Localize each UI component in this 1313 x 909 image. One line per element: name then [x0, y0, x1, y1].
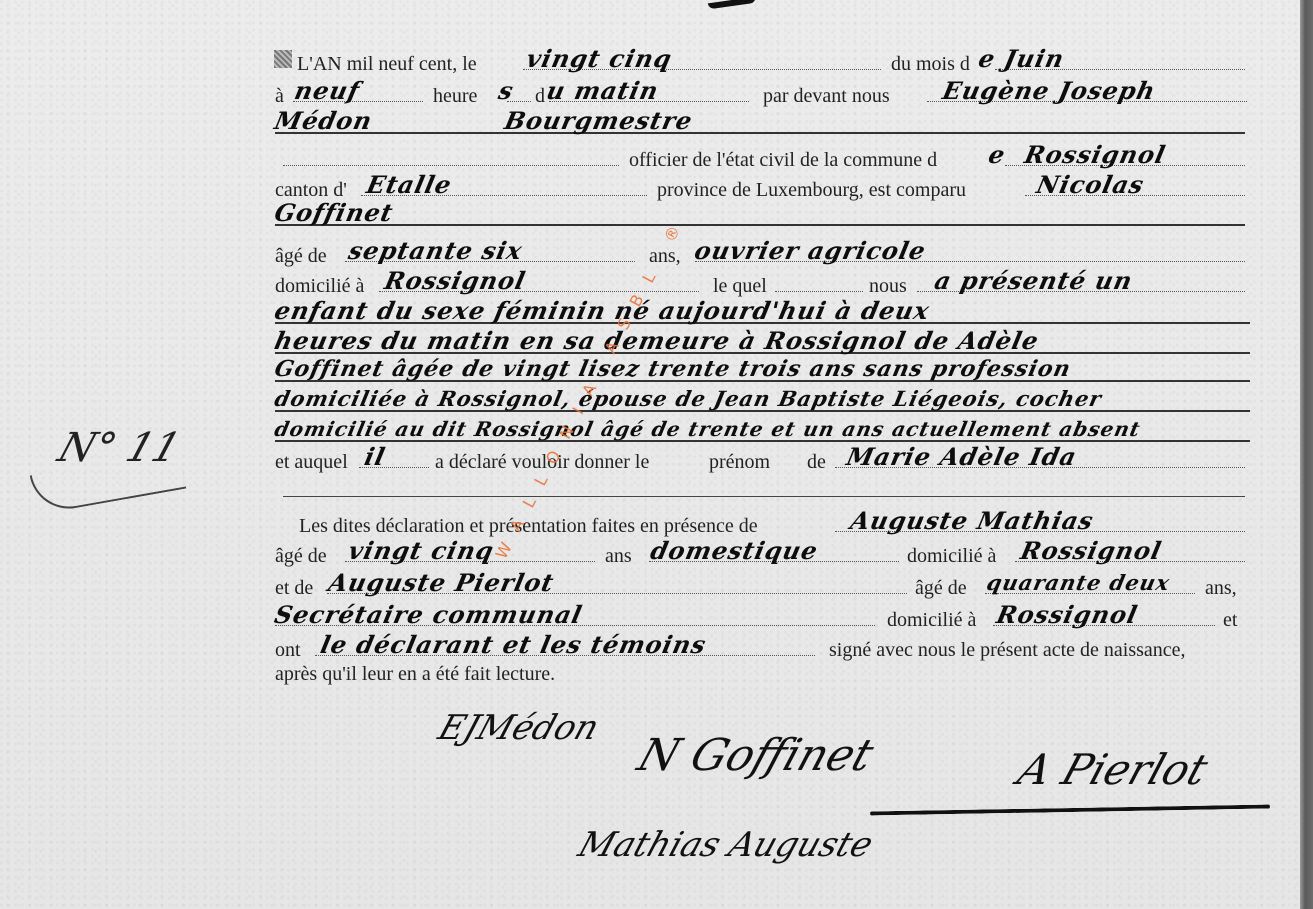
printed-text: et: [1223, 606, 1237, 634]
handwritten-period: u matin: [544, 77, 661, 105]
line-witness-1-details: âgé de vingt cinq ans domestique domicil…: [275, 542, 1250, 570]
printed-text: par devant nous: [763, 82, 890, 110]
handwritten-hour: neuf: [292, 77, 362, 105]
handwritten-child-name: Marie Adèle Ida: [844, 443, 1079, 471]
handwritten-witness-2-domicile: Rossignol: [994, 601, 1140, 629]
line-officer: Médon Bourgmestre: [275, 112, 1250, 140]
handwritten-declarant-firstname: Nicolas: [1034, 171, 1147, 199]
handwritten-text: enfant du sexe féminin né aujourd'hui à …: [272, 297, 932, 325]
handwritten-witness-1-age: vingt cinq: [346, 537, 497, 565]
line-first-name: et auquel il a déclaré vouloir donner le…: [275, 448, 1250, 476]
ink-stroke: [708, 0, 756, 9]
signature-witness-1: Mathias Auguste: [574, 825, 878, 865]
handwritten-witness-1-domicile: Rossignol: [1018, 537, 1164, 565]
handwritten-text: domiciliée à Rossignol, épouse de Jean B…: [272, 385, 1105, 413]
handwritten-witness-1-name: Auguste Mathias: [848, 507, 1096, 535]
line-handwritten-3: Goffinet âgée de vingt lisez trente troi…: [275, 360, 1250, 388]
line-handwritten-5: domicilié au dit Rossignol âgé de trente…: [275, 420, 1250, 448]
printed-text: L'AN mil neuf cent, le: [297, 50, 477, 78]
handwritten-canton: Etalle: [364, 171, 454, 199]
handwritten-witness-2-name: Auguste Pierlot: [326, 569, 557, 597]
printed-text: et de: [275, 574, 313, 602]
signature-flourish: [870, 805, 1270, 816]
handwritten-declarant-surname: Goffinet: [272, 199, 396, 227]
document-page: N° 11 L'AN mil neuf cent, le vingt cinq …: [0, 0, 1300, 909]
printed-text: officier de l'état civil de la commune d: [629, 146, 937, 174]
printed-text: âgé de: [275, 242, 327, 270]
printed-text: de: [807, 448, 826, 476]
printed-text: domicilié à: [907, 542, 996, 570]
handwritten-domicile: Rossignol: [382, 267, 528, 295]
field-rule: [275, 132, 1245, 134]
line-reading: après qu'il leur en a été fait lecture.: [275, 660, 1250, 688]
printed-text: ans,: [1205, 574, 1237, 602]
handwritten-text: heures du matin en sa demeure à Rossigno…: [272, 327, 1042, 355]
line-canton: canton d' Etalle province de Luxembourg,…: [275, 176, 1250, 204]
line-witness-2: et de Auguste Pierlot âgé de quarante de…: [275, 574, 1250, 602]
handwritten-text: a présenté un: [932, 267, 1135, 295]
printed-text: après qu'il leur en a été fait lecture.: [275, 660, 555, 688]
signature-mayor: EJMédon: [434, 708, 605, 748]
handwritten-surname: Médon: [272, 107, 375, 135]
printed-text: âgé de: [275, 542, 327, 570]
handwritten-witness-2-occupation: Secrétaire communal: [272, 601, 585, 629]
printed-text: âgé de: [915, 574, 967, 602]
signature-witness-2: A Pierlot: [1012, 745, 1214, 794]
handwritten-witness-1-occupation: domestique: [648, 537, 821, 565]
line-time: à neuf heure s d u matin par devant nous…: [275, 82, 1250, 110]
signature-declarant: N Goffinet: [632, 730, 880, 781]
page-edge: [1300, 0, 1313, 909]
printed-text: prénom: [709, 448, 770, 476]
printed-text: et auquel: [275, 448, 348, 476]
handwritten-officer-name: Eugène Joseph: [940, 77, 1158, 105]
handwritten-day: vingt cinq: [524, 45, 675, 73]
dotted-field: [283, 165, 619, 166]
line-date: L'AN mil neuf cent, le vingt cinq du moi…: [275, 50, 1250, 78]
printed-text: domicilié à: [887, 606, 976, 634]
handwritten-witness-2-age: quarante deux: [984, 569, 1173, 597]
handwritten-text: domicilié au dit Rossignol âgé de trente…: [272, 415, 1143, 443]
line-declarant-surname: Goffinet: [275, 204, 1250, 232]
printed-text: province de Luxembourg, est comparu: [657, 176, 966, 204]
printed-text: heure: [433, 82, 477, 110]
printed-text: ans: [605, 542, 632, 570]
handwritten-age: septante six: [346, 237, 525, 265]
handwritten-month: e Juin: [976, 45, 1067, 73]
handwritten-text: Goffinet âgée de vingt lisez trente troi…: [272, 355, 1074, 383]
printed-text: du mois d: [891, 50, 970, 78]
handwritten-commune: Rossignol: [1022, 141, 1168, 169]
handwritten-occupation: ouvrier agricole: [692, 237, 928, 265]
handwritten-title: Bourgmestre: [502, 107, 695, 135]
dotted-field: [775, 291, 863, 292]
dotted-field: [507, 101, 531, 102]
field-rule: [275, 224, 1245, 226]
handwritten-signatories: le déclarant et les témoins: [318, 631, 709, 659]
section-divider: [283, 496, 1245, 497]
line-handwritten-4: domiciliée à Rossignol, épouse de Jean B…: [275, 390, 1250, 418]
